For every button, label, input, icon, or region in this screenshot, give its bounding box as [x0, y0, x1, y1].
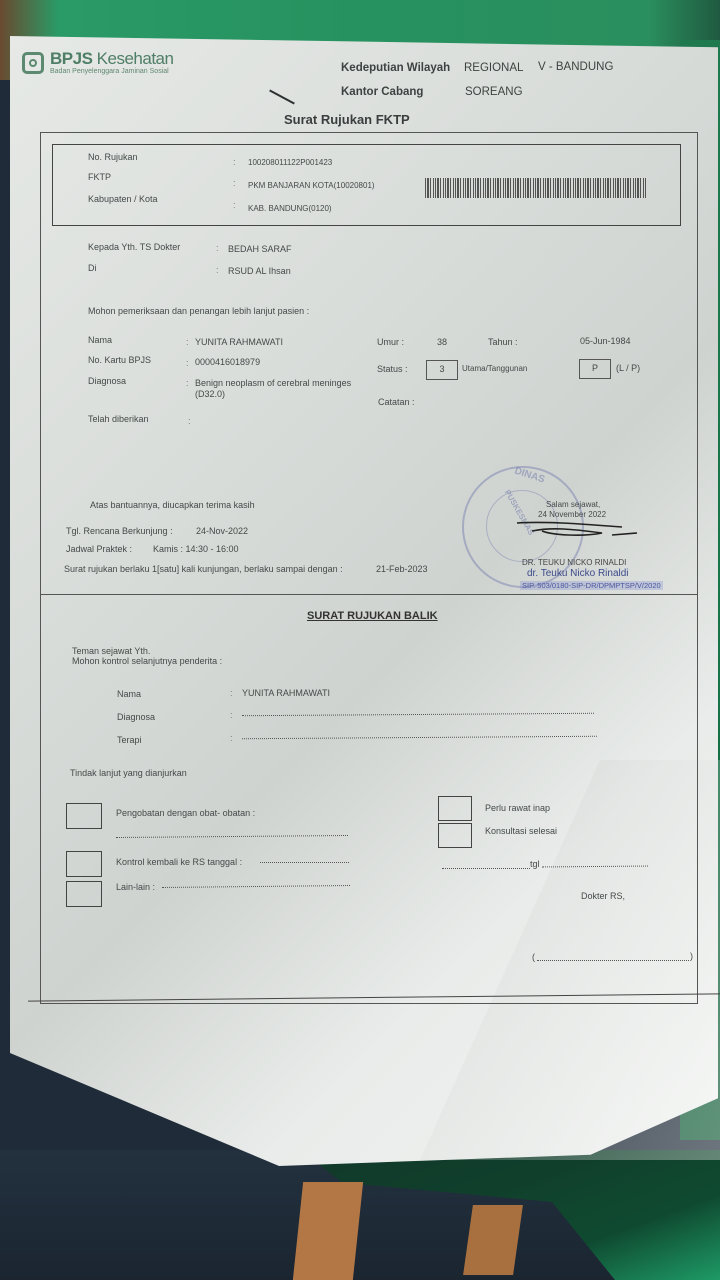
- colon: :: [188, 416, 191, 426]
- doctor-signature-fill-line[interactable]: [537, 960, 689, 961]
- bpjs-logo: BPJS Kesehatan Badan Penyelenggara Jamin…: [22, 50, 173, 76]
- section-divider: [40, 594, 697, 595]
- balik-terapi-label: Terapi: [117, 735, 142, 745]
- catatan-label: Catatan :: [378, 397, 415, 407]
- status-box: 3: [426, 360, 458, 380]
- colon: :: [233, 200, 236, 210]
- fktp-label: FKTP: [88, 172, 111, 182]
- option-rawat-inap-label: Perlu rawat inap: [485, 803, 550, 813]
- diagnosa-label: Diagnosa: [88, 376, 126, 386]
- umur-label: Umur :: [377, 337, 404, 347]
- option-lain-label: Lain-lain :: [116, 882, 155, 892]
- rencana-value: 24-Nov-2022: [196, 526, 248, 536]
- dokter-rs-label: Dokter RS,: [581, 891, 625, 901]
- no-rujukan-label: No. Rujukan: [88, 152, 138, 162]
- kabupaten-label: Kabupaten / Kota: [88, 194, 158, 204]
- stamp-text: DINAS: [513, 465, 546, 485]
- colon: :: [186, 337, 189, 347]
- status-label: Status :: [377, 364, 408, 374]
- colon: :: [216, 243, 219, 253]
- kepada-value: BEDAH SARAF: [228, 244, 292, 254]
- kantor-value: SOREANG: [465, 86, 523, 98]
- checkbox-rawat-inap[interactable]: [438, 796, 472, 821]
- fktp-value: PKM BANJARAN KOTA(10020801): [248, 181, 375, 190]
- checkbox-pengobatan[interactable]: [66, 803, 102, 829]
- signature-scribble: [512, 519, 642, 541]
- no-rujukan-value: 100208011122P001423: [248, 158, 332, 167]
- validity-text: Surat rujukan berlaku 1[satu] kali kunju…: [64, 564, 343, 574]
- background-object: [463, 1205, 523, 1275]
- umur-value: 38: [437, 337, 447, 347]
- colon: :: [230, 688, 233, 698]
- doctor-stamp-name: dr. Teuku Nicko Rinaldi: [527, 568, 629, 579]
- tgl-label: tgl: [530, 859, 540, 869]
- thanks-text: Atas bantuannya, diucapkan terima kasih: [90, 500, 255, 510]
- background-object: [293, 1182, 363, 1280]
- document-title: Surat Rujukan FKTP: [284, 112, 410, 127]
- tahun-value: 05-Jun-1984: [580, 336, 631, 346]
- checkbox-lain[interactable]: [66, 881, 102, 907]
- kartu-value: 0000416018979: [195, 357, 260, 367]
- colon: :: [186, 358, 189, 368]
- validity-date: 21-Feb-2023: [376, 564, 428, 574]
- kepada-label: Kepada Yth. TS Dokter: [88, 242, 180, 252]
- kontrol-date-fill-line[interactable]: [260, 862, 349, 863]
- checkbox-kontrol[interactable]: [66, 851, 102, 877]
- barcode-icon: [425, 178, 647, 198]
- jadwal-label: Jadwal Praktek :: [66, 544, 132, 554]
- tindak-lanjut-label: Tindak lanjut yang dianjurkan: [70, 768, 187, 778]
- colon: :: [216, 265, 219, 275]
- checkbox-konsultasi[interactable]: [438, 823, 472, 848]
- doctor-printed-name: DR. TEUKU NICKO RINALDI: [522, 558, 626, 567]
- diagnosa-value-line1: Benign neoplasm of cerebral meninges: [195, 378, 351, 388]
- kantor-label: Kantor Cabang: [341, 86, 423, 98]
- option-kontrol-label: Kontrol kembali ke RS tanggal :: [116, 857, 242, 867]
- brand-name: BPJS Kesehatan: [50, 50, 173, 68]
- kabupaten-value: KAB. BANDUNG(0120): [248, 204, 332, 213]
- kedeputian-value-area: V - BANDUNG: [538, 61, 613, 73]
- rencana-label: Tgl. Rencana Berkunjung :: [66, 526, 173, 536]
- nama-value: YUNITA RAHMAWATI: [195, 337, 283, 347]
- balik-greeting-1: Teman sejawat Yth.: [72, 646, 150, 656]
- gender-options: (L / P): [616, 363, 640, 373]
- balik-nama-value: YUNITA RAHMAWATI: [242, 688, 330, 698]
- request-text: Mohon pemeriksaan dan penangan lebih lan…: [88, 306, 309, 316]
- diagnosa-value-line2: (D32.0): [195, 389, 225, 399]
- balik-diagnosa-label: Diagnosa: [117, 712, 155, 722]
- balik-title: SURAT RUJUKAN BALIK: [307, 610, 438, 622]
- sign-open-paren: (: [532, 952, 535, 962]
- nama-label: Nama: [88, 335, 112, 345]
- balik-greeting-2: Mohon kontrol selanjutnya penderita :: [72, 656, 222, 666]
- di-value: RSUD AL Ihsan: [228, 266, 291, 276]
- di-label: Di: [88, 263, 97, 273]
- sign-close-paren: ): [690, 951, 693, 961]
- colon: :: [230, 710, 233, 720]
- option-konsultasi-label: Konsultasi selesai: [485, 826, 557, 836]
- colon: :: [233, 178, 236, 188]
- colon: :: [233, 157, 236, 167]
- tahun-label: Tahun :: [488, 337, 518, 347]
- doctor-sip-number: SIP. 503/0180-SIP-DR/DPMPTSP/V/2020: [520, 581, 663, 590]
- bpjs-logo-icon: [22, 52, 44, 74]
- colon: :: [186, 378, 189, 388]
- kartu-label: No. Kartu BPJS: [88, 355, 151, 365]
- option-pengobatan-label: Pengobatan dengan obat- obatan :: [116, 808, 255, 818]
- colon: :: [230, 733, 233, 743]
- jadwal-value: Kamis : 14:30 - 16:00: [153, 544, 239, 554]
- status-description: Utama/Tanggunan: [462, 364, 527, 373]
- gender-box: P: [579, 359, 611, 379]
- kedeputian-value-regional: REGIONAL: [464, 62, 523, 74]
- kedeputian-label: Kedeputian Wilayah: [341, 62, 450, 74]
- brand-subtitle: Badan Penyelenggara Jaminan Sosial: [50, 68, 173, 76]
- signature-date: 24 November 2022: [538, 510, 606, 519]
- telah-diberikan-label: Telah diberikan: [88, 414, 149, 424]
- place-fill-line[interactable]: [442, 868, 530, 869]
- signature-greeting: Salam sejawat,: [546, 500, 600, 509]
- balik-nama-label: Nama: [117, 689, 141, 699]
